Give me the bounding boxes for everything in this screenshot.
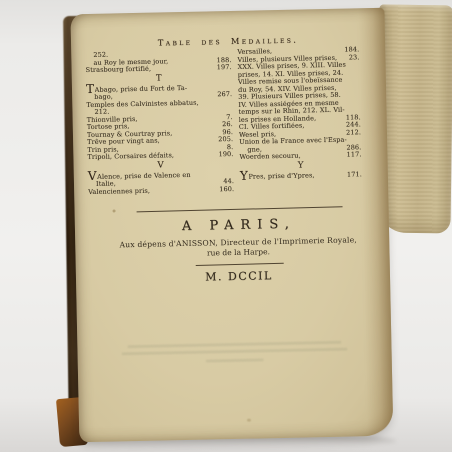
- entry-text: Valenciennes pris,: [88, 187, 150, 196]
- book-page: Table des Medailles. 252.au Roy le mesme…: [70, 8, 393, 442]
- entry-text: Trêve pour vingt ans,: [87, 137, 160, 146]
- entry-text: Strasbourg fortifié,: [86, 66, 152, 75]
- entry-page-number: 267.: [215, 91, 232, 99]
- entry-page-number: 197.: [215, 64, 232, 72]
- entry-page-number: 171.: [345, 171, 362, 179]
- drop-capital: T: [86, 86, 94, 92]
- index-line: Valenciennes pris,160.: [88, 185, 234, 196]
- show-through-line: [122, 348, 348, 356]
- entry-page-number: 117.: [345, 151, 362, 159]
- entry-text: Woerden secouru,: [239, 153, 300, 162]
- imprint-date: M. DCCIL: [82, 267, 396, 287]
- imprint-rule-top: [137, 206, 343, 212]
- entry-page-number: 23.: [347, 54, 360, 62]
- imprint-city: A PARIS,: [82, 215, 396, 237]
- entry-page-number: 160.: [217, 185, 234, 193]
- imprint-block: A PARIS, Aux dépens d'ANISSON, Directeur…: [75, 206, 390, 287]
- book-photo: Table des Medailles. 252.au Roy le mesme…: [0, 0, 452, 452]
- page-content: Table des Medailles. 252.au Roy le mesme…: [70, 8, 393, 442]
- entry-page-number: 190.: [216, 151, 233, 159]
- entry-text: Pres, prise d'Ypres,: [248, 172, 314, 181]
- imprint-rule-bottom: [196, 263, 284, 266]
- index-column-right: Versailles,184.Villes, plusieurs Villes …: [237, 46, 362, 193]
- index-line: YPres, prise d'Ypres,171.: [240, 169, 362, 181]
- show-through-line: [127, 341, 341, 348]
- entry-page-number: 212.: [344, 129, 361, 137]
- show-through-text: [77, 336, 391, 366]
- index-column-left: 252.au Roy le mesme jour,188.Strasbourg …: [85, 49, 234, 196]
- drop-capital: Y: [240, 173, 248, 179]
- show-through-line: [206, 358, 264, 362]
- drop-capital: V: [88, 173, 97, 179]
- index-columns: 252.au Roy le mesme jour,188.Strasbourg …: [71, 46, 388, 197]
